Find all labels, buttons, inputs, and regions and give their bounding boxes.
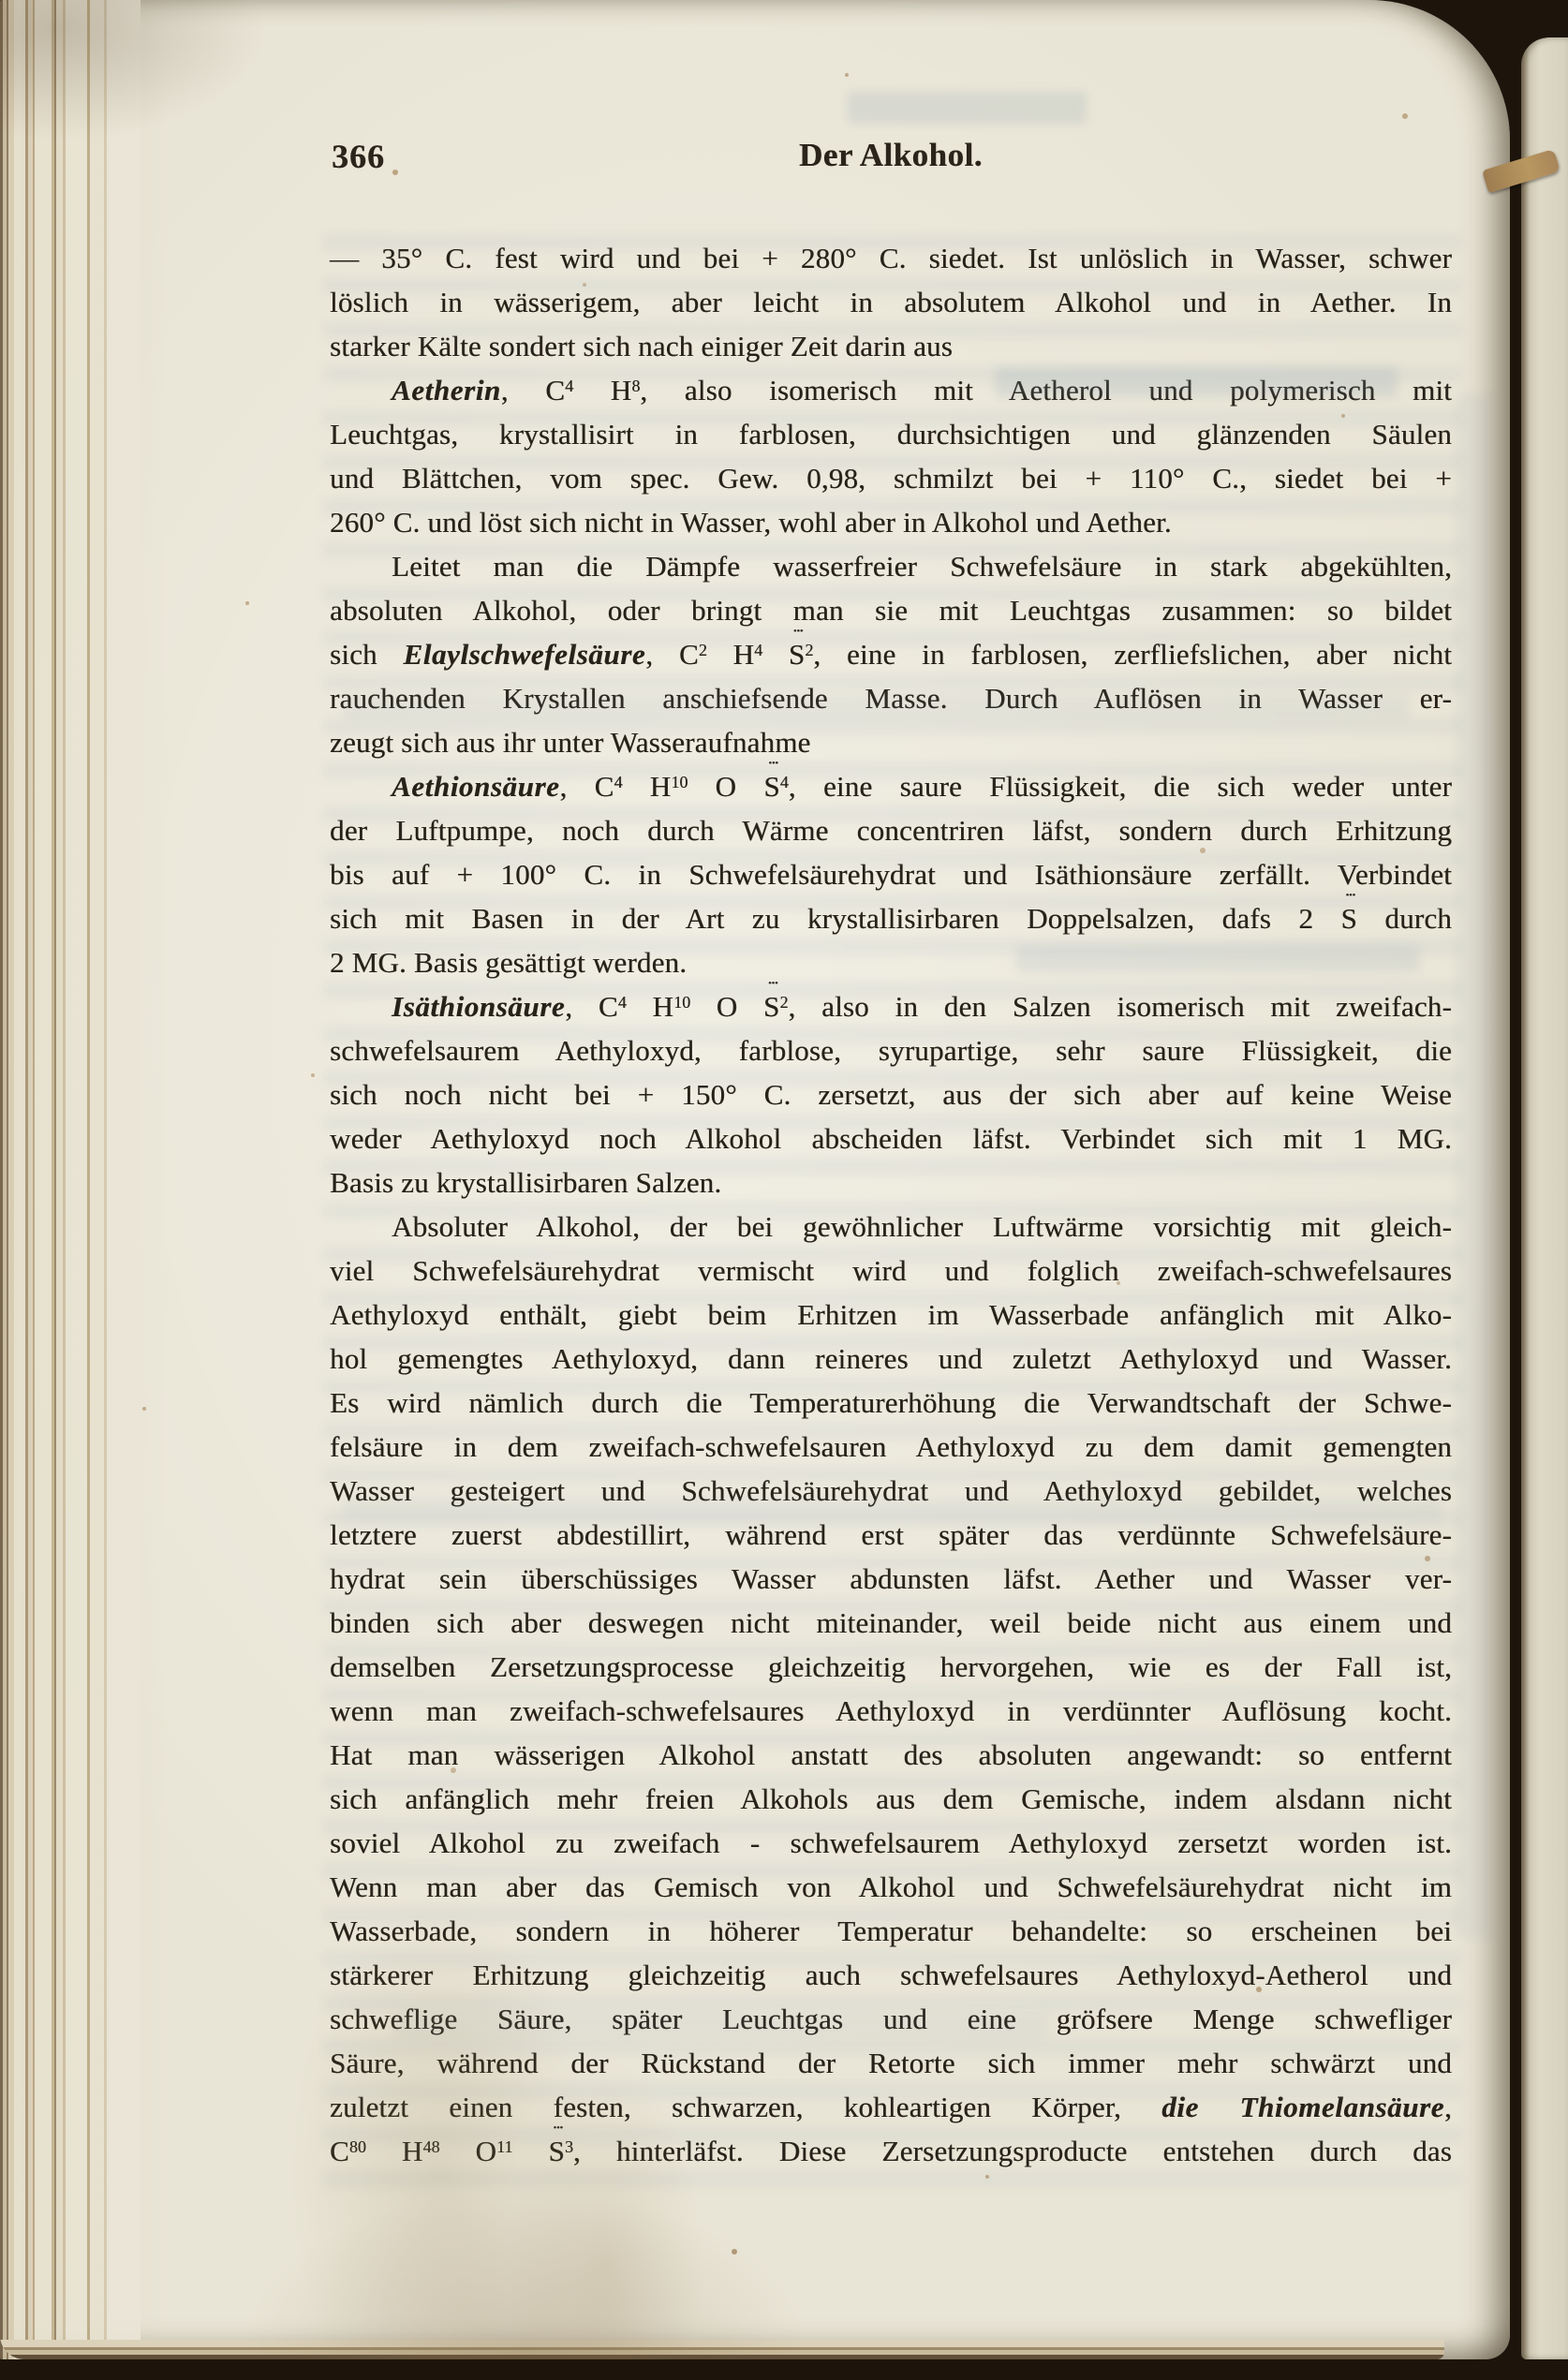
text-line: sich anfänglich mehr freien Alkohols aus… [330,1777,1452,1821]
text-line: schweflige Säure, später Leuchtgas und e… [330,1997,1452,2041]
text-line: sich Elaylschwefelsäure, C2 H4 ···S2, ei… [330,632,1452,676]
text-line: Hat man wässerigen Alkohol anstatt des a… [330,1733,1452,1777]
text-line: absoluten Alkohol, oder bringt man sie m… [330,588,1452,632]
text-line: schwefelsaurem Aethyloxyd, farblose, syr… [330,1028,1452,1072]
text-line: Wasser gesteigert und Schwefelsäurehydra… [330,1469,1452,1513]
text-line: 260° C. und löst sich nicht in Wasser, w… [330,500,1452,544]
text-line: rauchenden Krystallen anschiefsende Mass… [330,676,1452,720]
text-line: zuletzt einen festen, schwarzen, kohlear… [330,2085,1452,2129]
text-line: Leitet man die Dämpfe wasserfreier Schwe… [330,544,1452,588]
page-body: — 35° C. fest wird und bei + 280° C. sie… [330,236,1452,2173]
text-line: Leuchtgas, krystallisirt in farblosen, d… [330,412,1452,456]
text-line: Wasserbade, sondern in höherer Temperatu… [330,1909,1452,1953]
showthrough-patch [848,92,1087,124]
page-header: 366 Der Alkohol. [330,137,1452,178]
text-line: felsäure in dem zweifach-schwefelsauren … [330,1425,1452,1469]
text-line: binden sich aber deswegen nicht miteinan… [330,1601,1452,1645]
text-line: viel Schwefelsäurehydrat vermischt wird … [330,1249,1452,1293]
book-page: 366 Der Alkohol. — 35° C. fest wird und … [0,0,1510,2359]
text-line: und Blättchen, vom spec. Gew. 0,98, schm… [330,456,1452,500]
text-line: Wenn man aber das Gemisch von Alkohol un… [330,1865,1452,1909]
running-header: Der Alkohol. [330,137,1452,174]
text-line: Es wird nämlich durch die Temperaturerhö… [330,1381,1452,1425]
text-line: löslich in wässerigem, aber leicht in ab… [330,280,1452,324]
left-page-stack-edge [0,0,141,2359]
scan-canvas: 366 Der Alkohol. — 35° C. fest wird und … [0,0,1568,2380]
text-line: 2 MG. Basis gesättigt werden. [330,940,1452,984]
text-line: Absoluter Alkohol, der bei gewöhnlicher … [330,1205,1452,1249]
showthrough-patch [1455,393,1494,1939]
text-line: stärkerer Erhitzung gleichzeitig auch sc… [330,1953,1452,1997]
next-page-edge [1521,37,1568,2359]
text-line: sich mit Basen in der Art zu krystallisi… [330,896,1452,940]
bottom-page-stack-edge [0,2311,1444,2359]
page-number: 366 [332,137,385,176]
text-line: sich noch nicht bei + 150° C. zersetzt, … [330,1072,1452,1116]
text-line: Aetherin, C4 H8, also isomerisch mit Aet… [330,368,1452,412]
text-line: letztere zuerst abdestillirt, während er… [330,1513,1452,1557]
text-line: hol gemengtes Aethyloxyd, dann reineres … [330,1337,1452,1381]
text-line: — 35° C. fest wird und bei + 280° C. sie… [330,236,1452,280]
text-line: C80 H48 O11 ···S3, hinterläfst. Diese Ze… [330,2129,1452,2173]
text-line: Säure, während der Rückstand der Retorte… [330,2041,1452,2085]
text-line: der Luftpumpe, noch durch Wärme concentr… [330,808,1452,852]
text-line: starker Kälte sondert sich nach einiger … [330,324,1452,368]
text-line: bis auf + 100° C. in Schwefelsäurehydrat… [330,852,1452,896]
text-line: weder Aethyloxyd noch Alkohol abscheiden… [330,1116,1452,1160]
text-line: soviel Alkohol zu zweifach - schwefelsau… [330,1821,1452,1865]
text-line: Isäthionsäure, C4 H10 O ···S2, also in d… [330,984,1452,1028]
text-line: Aethionsäure, C4 H10 O ···S4, eine saure… [330,764,1452,808]
text-line: zeugt sich aus ihr unter Wasseraufnahme [330,720,1452,764]
text-line: Aethyloxyd enthält, giebt beim Erhitzen … [330,1293,1452,1337]
text-line: Basis zu krystallisirbaren Salzen. [330,1160,1452,1205]
text-line: wenn man zweifach-schwefelsaures Aethylo… [330,1689,1452,1733]
text-line: demselben Zersetzungsprocesse gleichzeit… [330,1645,1452,1689]
text-line: hydrat sein überschüssiges Wasser abduns… [330,1557,1452,1601]
